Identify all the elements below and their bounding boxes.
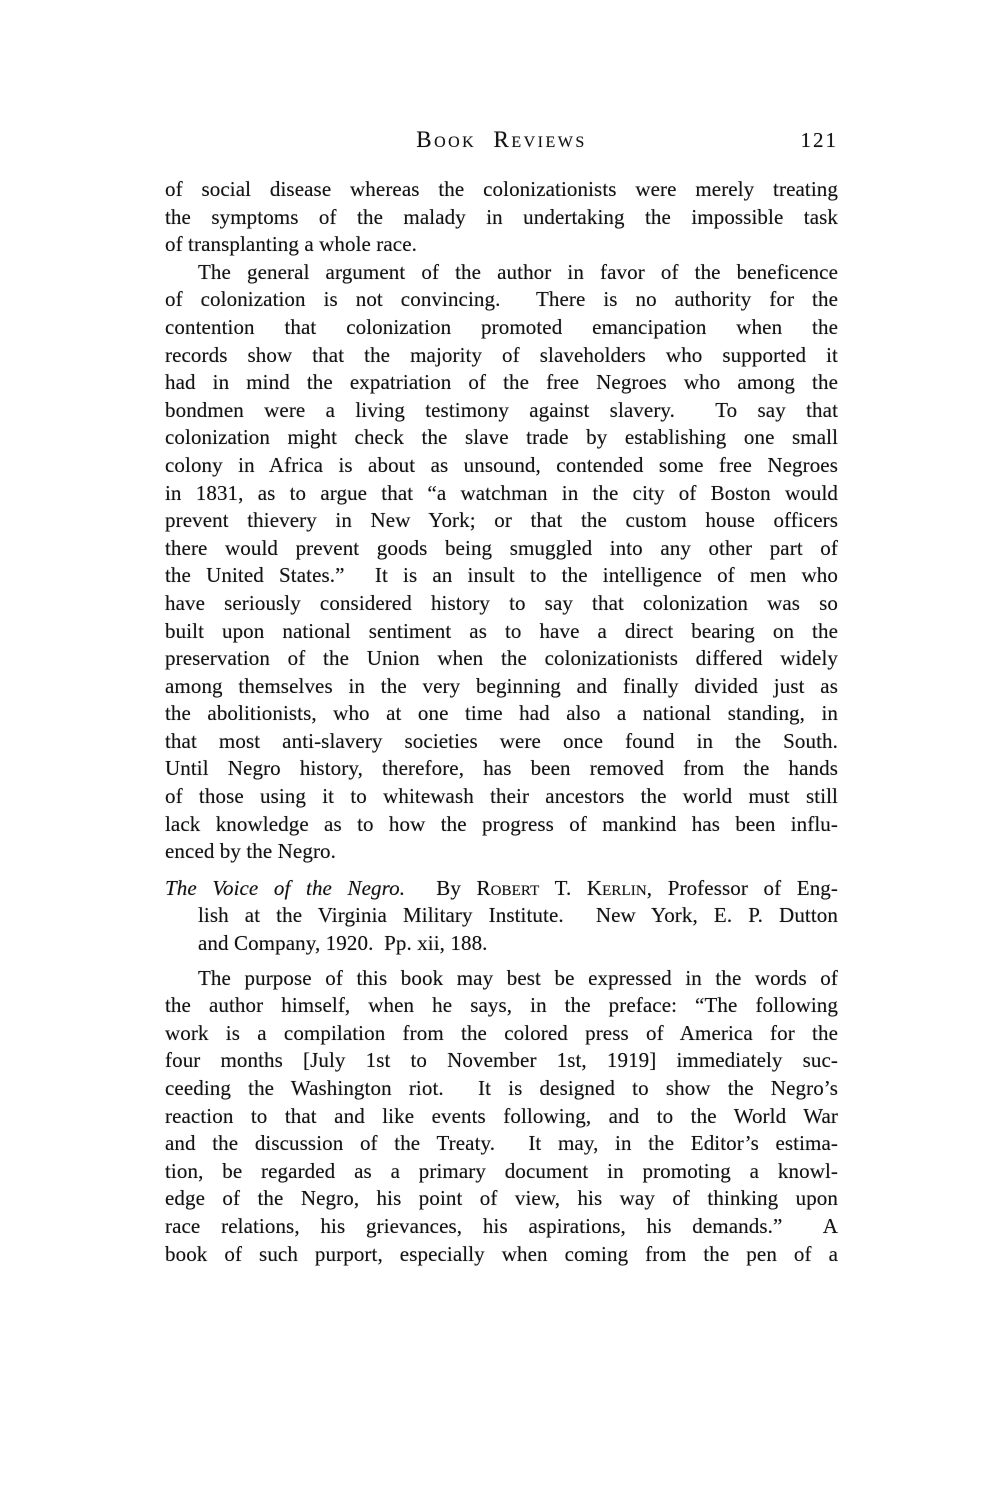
book-citation: The Voice of the Negro. By Robert T. Ker…	[165, 875, 838, 958]
paragraph-gap	[165, 958, 838, 965]
text-line: that most anti-slavery societies were on…	[165, 728, 838, 756]
citation-book-title: The Voice of the Negro.	[165, 876, 405, 900]
text-line: the symptoms of the malady in undertakin…	[165, 204, 838, 232]
citation-author-role: , Professor of Eng-	[647, 876, 838, 900]
text-line: prevent thievery in New York; or that th…	[165, 507, 838, 535]
text-line: among themselves in the very beginning a…	[165, 673, 838, 701]
text-line: there would prevent goods being smuggled…	[165, 535, 838, 563]
text-line: built upon national sentiment as to have…	[165, 618, 838, 646]
text-line: the United States.” It is an insult to t…	[165, 562, 838, 590]
section-gap	[165, 866, 838, 875]
citation-by: By	[405, 876, 476, 900]
text-line: the abolitionists, who at one time had a…	[165, 700, 838, 728]
text-line: in 1831, as to argue that “a watchman in…	[165, 480, 838, 508]
page-number: 121	[801, 128, 839, 153]
text-line: contention that colonization promoted em…	[165, 314, 838, 342]
text-line: lack knowledge as to how the progress of…	[165, 811, 838, 839]
text-line: colony in Africa is about as unsound, co…	[165, 452, 838, 480]
paragraph-general-argument: The general argument of the author in fa…	[165, 259, 838, 866]
text-line: bondmen were a living testimony against …	[165, 397, 838, 425]
text-line: tion, be regarded as a primary document …	[165, 1158, 838, 1186]
text-line: of transplanting a whole race.	[165, 231, 838, 259]
scanned-book-page: Book Reviews 121 of social disease where…	[0, 0, 1000, 1506]
text-block: of social disease whereas the colonizati…	[165, 176, 838, 1268]
text-line: ceeding the Washington riot. It is desig…	[165, 1075, 838, 1103]
text-line: and the discussion of the Treaty. It may…	[165, 1130, 838, 1158]
paragraph-review-body: The purpose of this book may best be exp…	[165, 965, 838, 1269]
text-line: colonization might check the slave trade…	[165, 424, 838, 452]
text-line: of social disease whereas the colonizati…	[165, 176, 838, 204]
citation-line-3: and Company, 1920. Pp. xii, 188.	[165, 930, 838, 958]
citation-line-2: lish at the Virginia Military Institute.…	[165, 902, 838, 930]
text-line: reaction to that and like events followi…	[165, 1103, 838, 1131]
text-line: preservation of the Union when the colon…	[165, 645, 838, 673]
citation-line-1: The Voice of the Negro. By Robert T. Ker…	[165, 875, 838, 903]
running-head-title: Book Reviews	[416, 127, 587, 152]
text-line: edge of the Negro, his point of view, hi…	[165, 1185, 838, 1213]
citation-author: Robert T. Kerlin	[477, 876, 647, 900]
text-line: records show that the majority of slaveh…	[165, 342, 838, 370]
text-line: The general argument of the author in fa…	[165, 259, 838, 287]
text-line: Until Negro history, therefore, has been…	[165, 755, 838, 783]
text-line: the author himself, when he says, in the…	[165, 992, 838, 1020]
text-line: enced by the Negro.	[165, 838, 838, 866]
text-line: of those using it to whitewash their anc…	[165, 783, 838, 811]
text-line: The purpose of this book may best be exp…	[165, 965, 838, 993]
text-line: had in mind the expatriation of the free…	[165, 369, 838, 397]
text-line: book of such purport, especially when co…	[165, 1241, 838, 1269]
text-line: four months [July 1st to November 1st, 1…	[165, 1047, 838, 1075]
page-header: Book Reviews 121	[165, 127, 838, 153]
text-line: of colonization is not convincing. There…	[165, 286, 838, 314]
paragraph-continuation: of social disease whereas the colonizati…	[165, 176, 838, 259]
text-line: have seriously considered history to say…	[165, 590, 838, 618]
text-line: race relations, his grievances, his aspi…	[165, 1213, 838, 1241]
text-line: work is a compilation from the colored p…	[165, 1020, 838, 1048]
